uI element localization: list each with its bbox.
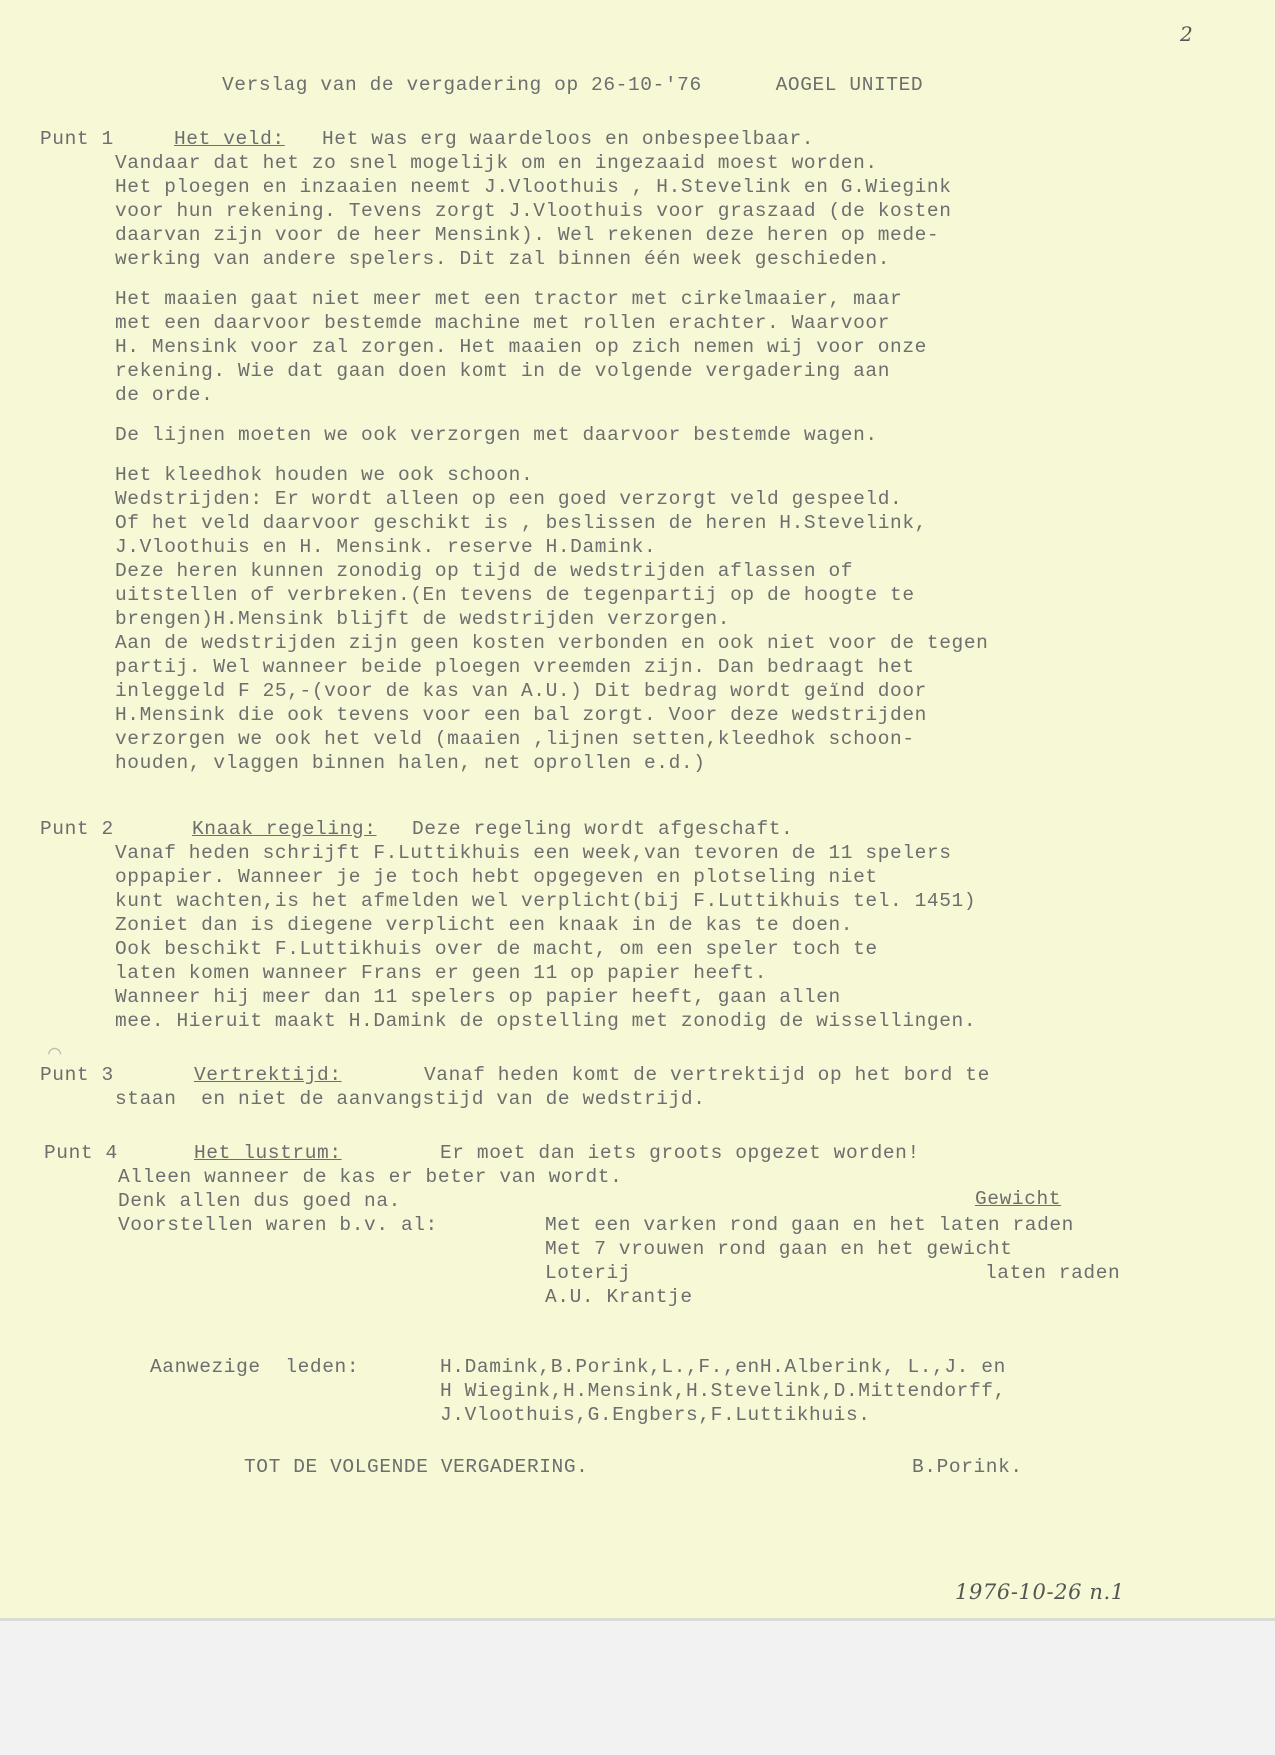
section-4-line: Denk allen dus goed na. (118, 1190, 401, 1212)
proposal-item: A.U. Krantje (545, 1286, 693, 1308)
section-1-line: Het ploegen en inzaaien neemt J.Vloothui… (115, 176, 952, 198)
section-1-line: Deze heren kunnen zonodig op tijd de wed… (115, 560, 853, 582)
section-1-line: Aan de wedstrijden zijn geen kosten verb… (115, 632, 988, 654)
section-3-label: Punt 3 (40, 1064, 114, 1086)
section-1-line: werking van andere spelers. Dit zal binn… (115, 248, 890, 270)
section-1-line: verzorgen we ook het veld (maaien ,lijne… (115, 728, 915, 750)
attendance-line: J.Vloothuis,G.Engbers,F.Luttikhuis. (440, 1404, 871, 1426)
section-3-line: Vanaf heden komt de vertrektijd op het b… (424, 1064, 990, 1086)
section-1-line: uitstellen of verbreken.(En tevens de te… (115, 584, 915, 606)
section-2-line: mee. Hieruit maakt H.Damink de opstellin… (115, 1010, 976, 1032)
section-1-line: partij. Wel wanneer beide ploegen vreemd… (115, 656, 915, 678)
section-4-label: Punt 4 (44, 1142, 118, 1164)
section-1-label: Punt 1 (40, 128, 114, 150)
section-1-line: Of het veld daarvoor geschikt is , besli… (115, 512, 927, 534)
section-2-line: kunt wachten,is het afmelden wel verplic… (115, 890, 976, 912)
document-page: 2 Verslag van de vergadering op 26-10-'7… (0, 0, 1275, 1618)
section-1-line: inleggeld F 25,-(voor de kas van A.U.) D… (115, 680, 927, 702)
paper-edge (0, 1618, 1275, 1621)
section-1-line: Het maaien gaat niet meer met een tracto… (115, 288, 902, 310)
section-3-line: staan en niet de aanvangstijd van de wed… (115, 1088, 706, 1110)
section-1-line: daarvan zijn voor de heer Mensink). Wel … (115, 224, 939, 246)
section-1-line: Het kleedhok houden we ook schoon. (115, 464, 533, 486)
section-1-line: brengen)H.Mensink blijft de wedstrijden … (115, 608, 730, 630)
section-1-line: Het was erg waardeloos en onbespeelbaar. (322, 128, 814, 150)
section-2-label: Punt 2 (40, 818, 114, 840)
section-1-line: houden, vlaggen binnen halen, net oproll… (115, 752, 706, 774)
section-1-line: voor hun rekening. Tevens zorgt J.Vlooth… (115, 200, 952, 222)
section-1-heading: Het veld: (174, 128, 285, 150)
section-1-line: H. Mensink voor zal zorgen. Het maaien o… (115, 336, 927, 358)
section-4-line: Alleen wanneer de kas er beter van wordt… (118, 1166, 622, 1188)
proposal-item: Met een varken rond gaan en het laten ra… (545, 1214, 1074, 1236)
section-1-line: J.Vloothuis en H. Mensink. reserve H.Dam… (115, 536, 656, 558)
section-1-line: met een daarvoor bestemde machine met ro… (115, 312, 890, 334)
proposal-item: Met 7 vrouwen rond gaan en het gewicht (545, 1238, 1012, 1260)
section-2-line: Wanneer hij meer dan 11 spelers op papie… (115, 986, 841, 1008)
section-4-heading: Het lustrum: (194, 1142, 342, 1164)
closing-line: TOT DE VOLGENDE VERGADERING. (244, 1456, 588, 1478)
section-1-line: rekening. Wie dat gaan doen komt in de v… (115, 360, 890, 382)
handwritten-insert-gewicht: Gewicht (975, 1188, 1061, 1210)
section-2-line: Zoniet dan is diegene verplicht een knaa… (115, 914, 853, 936)
signature: B.Porink. (912, 1456, 1023, 1478)
attendance-line: H Wiegink,H.Mensink,H.Stevelink,D.Mitten… (440, 1380, 1006, 1402)
attendance-label: Aanwezige leden: (150, 1356, 359, 1378)
section-1-line: De lijnen moeten we ook verzorgen met da… (115, 424, 878, 446)
attendance-line: H.Damink,B.Porink,L.,F.,enH.Alberink, L.… (440, 1356, 1006, 1378)
document-title: Verslag van de vergadering op 26-10-'76 … (222, 74, 923, 96)
section-1-line: de orde. (115, 384, 213, 406)
section-4-line: Voorstellen waren b.v. al: (118, 1214, 438, 1236)
section-2-line: Vanaf heden schrijft F.Luttikhuis een we… (115, 842, 952, 864)
section-3-heading: Vertrektijd: (194, 1064, 342, 1086)
proposal-item: Loterij (545, 1262, 631, 1284)
section-2-heading: Knaak regeling: (192, 818, 377, 840)
section-4-line: Er moet dan iets groots opgezet worden! (440, 1142, 920, 1164)
section-2-line: Deze regeling wordt afgeschaft. (412, 818, 793, 840)
section-1-line: H.Mensink die ook tevens voor een bal zo… (115, 704, 927, 726)
handwritten-date: 1976-10-26 n.1 (955, 1580, 1125, 1604)
section-2-line: Ook beschikt F.Luttikhuis over de macht,… (115, 938, 878, 960)
section-1-line: Vandaar dat het zo snel mogelijk om en i… (115, 152, 878, 174)
section-1-line: Wedstrijden: Er wordt alleen op een goed… (115, 488, 902, 510)
section-2-line: laten komen wanneer Frans er geen 11 op … (115, 962, 767, 984)
pencil-mark: ⌒ (48, 1040, 61, 1066)
section-2-line: oppapier. Wanneer je je toch hebt opgege… (115, 866, 878, 888)
proposal-insert-laten-raden: laten raden (985, 1262, 1120, 1284)
page-number: 2 (1180, 22, 1193, 46)
